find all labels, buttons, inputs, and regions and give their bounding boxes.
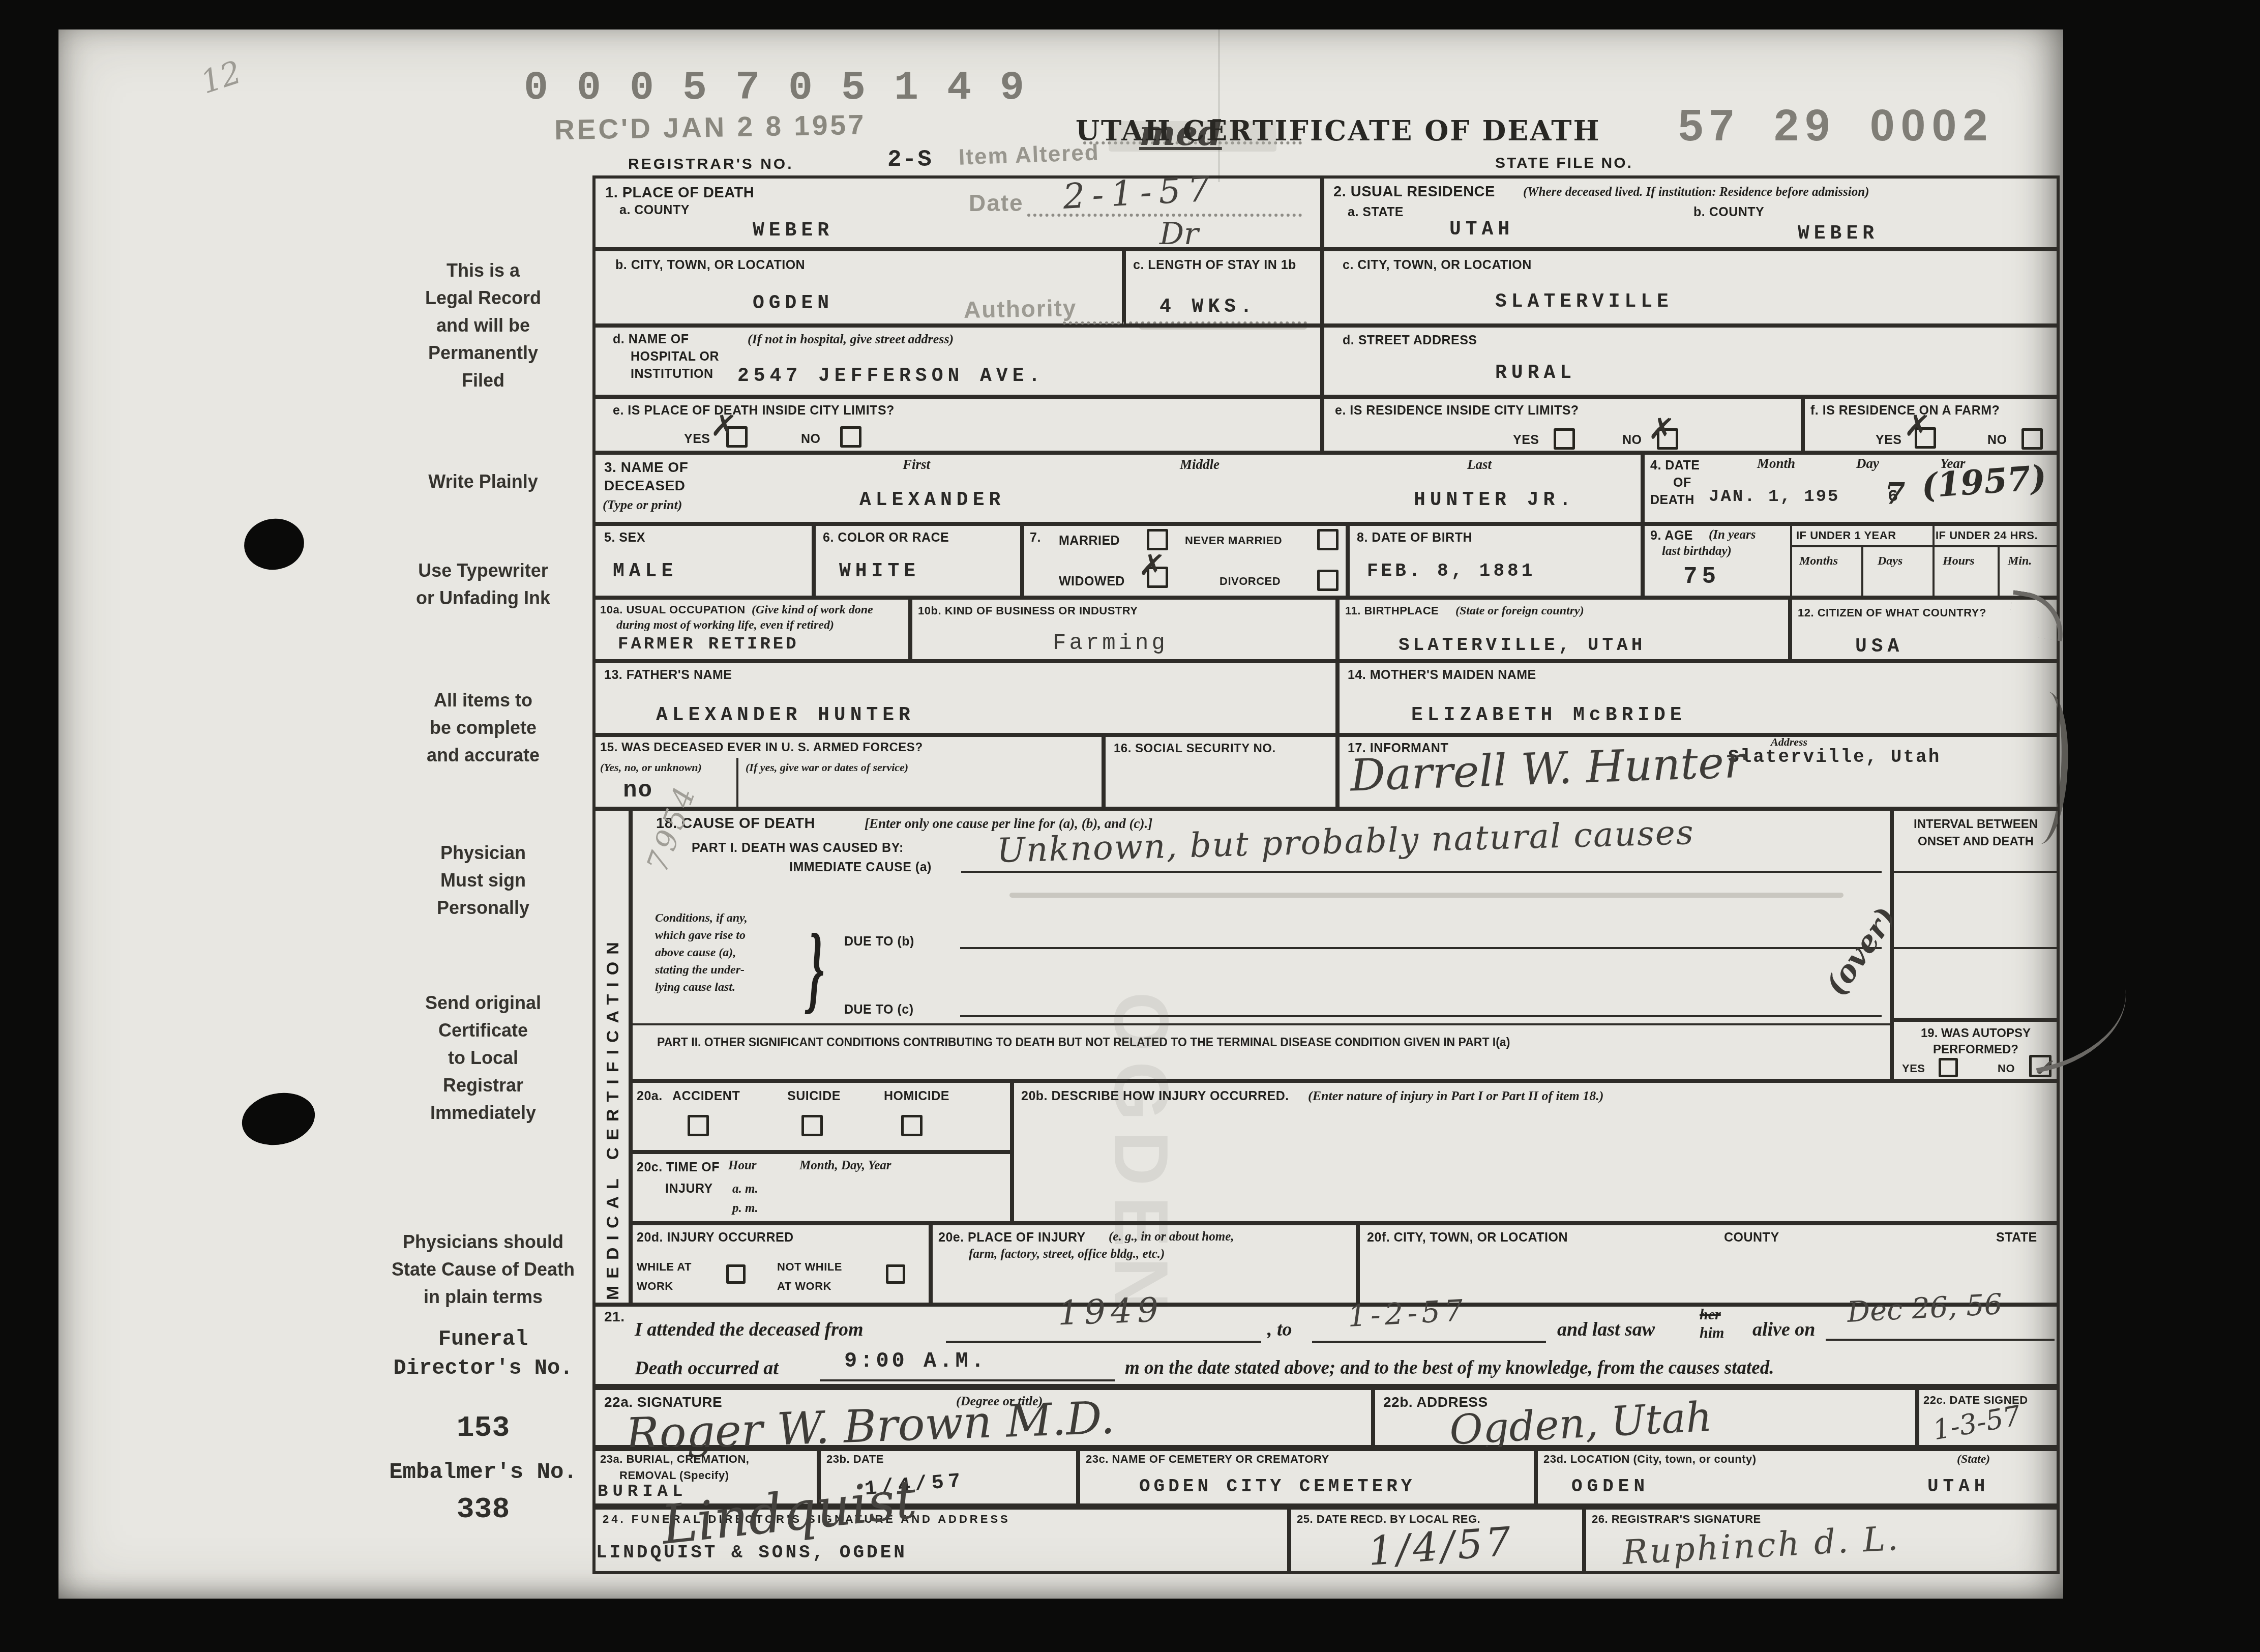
field-15-label: 15. WAS DECEASED EVER IN U. S. ARMED FOR… — [600, 741, 923, 755]
field-20e-label: 20e. PLACE OF INJURY — [938, 1230, 1086, 1245]
cause-line-b — [960, 947, 1882, 949]
field-20a-accident-checkbox — [688, 1115, 709, 1136]
state-file-no-label: STATE FILE NO. — [1495, 154, 1633, 172]
field-1d-value: 2547 JEFFERSON AVE. — [737, 365, 1045, 387]
field-18-due-c-label: DUE TO (c) — [844, 1002, 914, 1017]
authority-stamp: Authority — [964, 294, 1077, 323]
field-13-label: 13. FATHER'S NAME — [604, 667, 732, 683]
certificate-title: UTAH CERTIFICATE OF DEATH — [1076, 114, 1601, 147]
field-1b-value: OGDEN — [753, 292, 834, 314]
field-9-days-header: Days — [1878, 554, 1902, 568]
cause-line-a — [961, 871, 1882, 873]
line-lastseen — [1826, 1339, 2055, 1341]
field-4-label3: DEATH — [1650, 492, 1694, 508]
field-5-label: 5. SEX — [604, 530, 645, 545]
field-21-time-value: 9:00 A.M. — [844, 1349, 987, 1373]
field-21-from-value: 1949 — [1057, 1290, 1165, 1333]
field-19-no-label: NO — [1998, 1062, 2015, 1075]
field-1a-label: a. COUNTY — [619, 202, 690, 218]
registrars-no-label: REGISTRAR'S NO. — [628, 155, 794, 173]
field-4-value: JAN. 1, 195 — [1709, 487, 1839, 507]
field-20c-hour-header: Hour — [728, 1159, 757, 1173]
field-10a-value: FARMER RETIRED — [618, 635, 799, 654]
received-date-stamp: REC'D JAN 2 8 1957 — [554, 108, 867, 146]
field-11-value: SLATERVILLE, UTAH — [1399, 635, 1646, 656]
margin-embalmers-no-value: 338 — [336, 1488, 631, 1532]
field-16-label: 16. SOCIAL SECURITY NO. — [1114, 742, 1276, 756]
field-3-label1: 3. NAME OF — [604, 459, 688, 476]
field-12-label: 12. CITIZEN OF WHAT COUNTRY? — [1798, 606, 1986, 619]
conditions-brace: } — [808, 911, 824, 1025]
field-20d-while2: WORK — [637, 1280, 673, 1293]
field-8-value: FEB. 8, 1881 — [1367, 560, 1535, 581]
field-2b-value: WEBER — [1798, 223, 1879, 245]
field-20e-hint1: (e. g., in or about home, — [1109, 1230, 1234, 1244]
field-9-label-hint2: last birthday) — [1662, 544, 1732, 558]
field-3-label2: DECEASED — [604, 477, 686, 494]
field-6-label: 6. COLOR OR RACE — [823, 530, 949, 545]
field-9-under1yr-header: IF UNDER 1 YEAR — [1796, 529, 1896, 542]
field-1d-hint: (If not in hospital, give street address… — [748, 332, 954, 347]
date-stamp-scribble: Dr — [1159, 216, 1199, 252]
field-10a-label: 10a. USUAL OCCUPATION — [600, 603, 746, 616]
margin-write-plainly: Write Plainly — [336, 468, 631, 495]
field-20d-not2: AT WORK — [777, 1280, 831, 1293]
margin-embalmers-no: Embalmer's No. — [336, 1456, 631, 1489]
field-19-yes-checkbox — [1939, 1058, 1958, 1077]
field-14-label: 14. MOTHER'S MAIDEN NAME — [1348, 667, 1536, 683]
field-1b-label: b. CITY, TOWN, OR LOCATION — [615, 257, 805, 273]
field-20f-label: 20f. CITY, TOWN, OR LOCATION — [1367, 1230, 1568, 1245]
age-col-days — [1861, 547, 1863, 598]
field-4-label2: OF — [1673, 475, 1691, 490]
field-2a-value: UTAH — [1449, 219, 1514, 241]
field-21-text6: m on the date stated above; and to the b… — [1125, 1357, 1774, 1379]
field-7-widowed-mark: ✗ — [1138, 549, 1166, 582]
field-20a-suicide-checkbox — [801, 1115, 823, 1136]
state-file-no-stamp: 57 29 0002 — [1678, 99, 1994, 151]
margin-funeral-directors-no-value: 153 — [336, 1406, 631, 1451]
field-2e-yes-checkbox — [1554, 428, 1575, 450]
field-10a-hint1: (Give kind of work done — [752, 603, 873, 617]
field-15-hint1: (Yes, no, or unknown) — [600, 761, 702, 774]
margin-send-original: Send originalCertificate to LocalRegistr… — [336, 989, 631, 1127]
field-7-never-married-label: NEVER MARRIED — [1185, 534, 1282, 547]
field-9-label: 9. AGE — [1650, 528, 1693, 543]
field-4-day-header: Day — [1856, 456, 1879, 471]
field-20c-am: a. m. — [732, 1182, 758, 1196]
field-4-overwrite-digit: 7 — [1885, 476, 1905, 511]
field-19-yes-label: YES — [1902, 1062, 1925, 1075]
field-1e-label: e. IS PLACE OF DEATH INSIDE CITY LIMITS? — [613, 403, 895, 418]
line-attended-to — [1312, 1341, 1546, 1343]
field-18-conditions-note: Conditions, if any,which gave rise to ab… — [655, 909, 748, 996]
field-21-him: him — [1700, 1324, 1724, 1342]
field-15-divider — [736, 758, 738, 809]
registrars-no-value: 2-S — [887, 146, 933, 173]
field-21-to-value: 1-2-57 — [1347, 1293, 1468, 1334]
field-7-widowed-label: WIDOWED — [1059, 574, 1125, 589]
field-21-text2: , to — [1267, 1318, 1292, 1341]
field-10a-hint2: during most of working life, even if ret… — [616, 618, 834, 632]
field-3-first-value: ALEXANDER — [859, 489, 1005, 511]
field-1a-value: WEBER — [753, 220, 834, 242]
field-9-months-header: Months — [1799, 554, 1838, 568]
field-12-value: USA — [1855, 636, 1904, 658]
field-21-text1: I attended the deceased from — [635, 1318, 864, 1341]
field-20d-while1: WHILE AT — [637, 1260, 692, 1274]
field-20d-while-checkbox — [726, 1264, 746, 1284]
section1-title: 1. PLACE OF DEATH — [605, 184, 754, 202]
field-3-middle-header: Middle — [1180, 457, 1220, 473]
field-1e-no-checkbox — [840, 426, 861, 448]
field-4-label1: 4. DATE — [1650, 458, 1700, 473]
field-20a-suicide-label: SUICIDE — [787, 1088, 841, 1104]
field-20c-label1: 20c. TIME OF — [637, 1160, 720, 1175]
field-14-value: ELIZABETH McBRIDE — [1411, 704, 1686, 726]
field-2d-value: RURAL — [1495, 362, 1576, 384]
field-1c-label: c. LENGTH OF STAY IN 1b — [1133, 257, 1296, 273]
margin-funeral-directors-no: FuneralDirector's No. — [336, 1325, 631, 1382]
field-1c-value: 4 WKS. — [1159, 296, 1257, 318]
field-1d-label2: HOSPITAL OR — [631, 349, 719, 364]
margin-use-typewriter: Use Typewriteror Unfading Ink — [336, 557, 631, 612]
field-21-number: 21. — [604, 1308, 625, 1325]
line-death-time — [820, 1379, 1115, 1381]
field-2c-label: c. CITY, TOWN, OR LOCATION — [1343, 257, 1532, 273]
field-21-her: her — [1700, 1306, 1721, 1323]
field-20d-not-checkbox — [886, 1264, 905, 1284]
field-3-hint: (Type or print) — [603, 497, 682, 513]
age-subgrid-hline — [1790, 545, 2060, 547]
field-20b-hint: (Enter nature of injury in Part I or Par… — [1308, 1088, 1603, 1104]
part2-divider — [633, 1023, 1890, 1025]
margin-legal-record: This is aLegal Record and will bePermane… — [336, 257, 631, 394]
field-3-last-value: HUNTER JR. — [1414, 489, 1575, 511]
field-2e-yes-label: YES — [1513, 432, 1539, 448]
serial-number-stamp: 0005705149 — [524, 65, 1053, 111]
field-15-value: no — [623, 777, 653, 804]
field-23c-value: OGDEN CITY CEMETERY — [1139, 1476, 1415, 1497]
field-15-hint2: (If yes, give war or dates of service) — [746, 761, 908, 774]
field-2b-label: b. COUNTY — [1693, 204, 1764, 220]
field-18-due-b-label: DUE TO (b) — [844, 934, 914, 949]
section2-title-hint: (Where deceased lived. If institution: R… — [1523, 185, 1869, 199]
medical-certification-vertical-label: MEDICAL CERTIFICATION — [603, 935, 623, 1300]
field-17-address-value: Slaterville, Utah — [1728, 747, 1941, 768]
field-7-never-married-checkbox — [1317, 529, 1339, 550]
field-4-month-header: Month — [1757, 456, 1795, 471]
field-1e-no-label: NO — [801, 431, 821, 447]
field-10b-value: Farming — [1053, 631, 1168, 656]
field-20a-homicide-checkbox — [901, 1115, 923, 1136]
field-23c-label: 23c. NAME OF CEMETERY OR CREMATORY — [1086, 1453, 1329, 1466]
field-20c-label2: INJURY — [665, 1181, 713, 1196]
field-2f-yes-label: YES — [1876, 432, 1902, 448]
margin-physician-sign: PhysicianMust sign Personally — [336, 839, 631, 922]
section2-title: 2. USUAL RESIDENCE — [1333, 183, 1495, 201]
scanned-death-certificate: 0005705149 REC'D JAN 2 8 1957 REGISTRAR'… — [0, 0, 2260, 1652]
field-2e-no-mark: ✗ — [1647, 413, 1676, 446]
field-26-label: 26. REGISTRAR'S SIGNATURE — [1592, 1513, 1761, 1526]
field-9-hours-header: Hours — [1943, 554, 1975, 568]
field-3-last-header: Last — [1467, 457, 1492, 473]
field-1d-label3: INSTITUTION — [631, 366, 713, 381]
field-20f-county-header: COUNTY — [1724, 1230, 1779, 1245]
field-23d-state-value: UTAH — [1927, 1476, 1989, 1497]
field-2c-value: SLATERVILLE — [1495, 291, 1673, 313]
field-10b-label: 10b. KIND OF BUSINESS OR INDUSTRY — [918, 604, 1138, 617]
field-23d-city-value: OGDEN — [1571, 1476, 1649, 1497]
line-attended-from — [946, 1341, 1261, 1343]
margin-all-items: All items tobe complete and accurate — [336, 687, 631, 769]
field-20f-state-header: STATE — [1996, 1230, 2037, 1245]
field-20e-hint2: farm, factory, street, office bldg., etc… — [969, 1247, 1165, 1261]
field-9-label-hint1: (In years — [1709, 528, 1756, 542]
field-20d-label: 20d. INJURY OCCURRED — [637, 1230, 794, 1245]
field-2a-label: a. STATE — [1348, 204, 1404, 220]
field-7-divorced-checkbox — [1317, 570, 1339, 591]
interval-line-b — [1894, 947, 2058, 949]
field-20a-number: 20a. — [637, 1088, 663, 1104]
field-8-label: 8. DATE OF BIRTH — [1357, 530, 1472, 545]
field-7-married-label: MARRIED — [1059, 533, 1120, 548]
field-21-text4: alive on — [1752, 1318, 1815, 1341]
field-2f-yes-mark: ✗ — [1903, 410, 1931, 443]
field-2f-no-label: NO — [1987, 432, 2007, 448]
fold-crease — [1218, 29, 1220, 182]
age-subgrid-line-mid — [1932, 524, 1935, 598]
field-23a-label1: 23a. BURIAL, CREMATION, — [600, 1453, 749, 1466]
field-20c-pm: p. m. — [732, 1201, 758, 1216]
field-20a-accident-label: ACCIDENT — [672, 1088, 740, 1104]
field-11-hint: (State or foreign country) — [1455, 604, 1584, 618]
field-9-value: 75 — [1683, 564, 1720, 590]
age-col-min — [1998, 547, 2000, 598]
field-9-under24-header: IF UNDER 24 HRS. — [1936, 529, 2038, 542]
field-2d-label: d. STREET ADDRESS — [1343, 333, 1477, 348]
field-1e-yes-label: YES — [684, 431, 710, 447]
cause-smear — [1009, 893, 1843, 898]
field-23a-label2: REMOVAL (Specify) — [619, 1469, 729, 1482]
field-21-text5: Death occurred at — [635, 1357, 779, 1379]
field-20b-label: 20b. DESCRIBE HOW INJURY OCCURRED. — [1021, 1088, 1289, 1104]
field-3-first-header: First — [903, 457, 930, 473]
field-18-part1: PART I. DEATH WAS CAUSED BY: — [692, 840, 904, 855]
margin-plain-terms: Physicians shouldState Cause of Death in… — [336, 1228, 631, 1311]
field-13-value: ALEXANDER HUNTER — [656, 704, 915, 726]
age-subgrid-line-left — [1790, 524, 1792, 598]
field-1d-label1: d. NAME OF — [613, 332, 689, 347]
interval-header: INTERVAL BETWEENONSET AND DEATH — [1894, 816, 2057, 850]
field-2e-no-label: NO — [1622, 432, 1642, 448]
field-2e-label: e. IS RESIDENCE INSIDE CITY LIMITS? — [1335, 403, 1579, 418]
field-21-text3: and last saw — [1557, 1318, 1655, 1341]
field-20d-not1: NOT WHILE — [777, 1260, 842, 1274]
field-5-value: MALE — [613, 560, 677, 582]
field-20a-homicide-label: HOMICIDE — [884, 1088, 949, 1104]
field-23d-label: 23d. LOCATION (City, town, or county) — [1543, 1453, 1757, 1466]
date-stamp-label: Date — [969, 189, 1024, 217]
field-18-part2: PART II. OTHER SIGNIFICANT CONDITIONS CO… — [657, 1036, 1878, 1050]
field-20c-mdy-header: Month, Day, Year — [799, 1159, 891, 1173]
interval-line-a — [1894, 871, 2058, 873]
field-23b-label: 23b. DATE — [826, 1453, 884, 1466]
field-7-divorced-label: DIVORCED — [1220, 575, 1281, 588]
field-6-value: WHITE — [839, 560, 920, 582]
field-2f-no-checkbox — [2021, 428, 2043, 450]
field-7-number: 7. — [1030, 530, 1041, 545]
field-11-label: 11. BIRTHPLACE — [1345, 604, 1439, 617]
field-1e-yes-mark: ✗ — [709, 410, 738, 443]
field-9-min-header: Min. — [2008, 554, 2032, 568]
field-18-immediate-label: IMMEDIATE CAUSE (a) — [789, 860, 932, 875]
field-23d-state-header: (State) — [1957, 1453, 1990, 1466]
date-stamp-value: 2-1-57 — [1062, 169, 1218, 217]
